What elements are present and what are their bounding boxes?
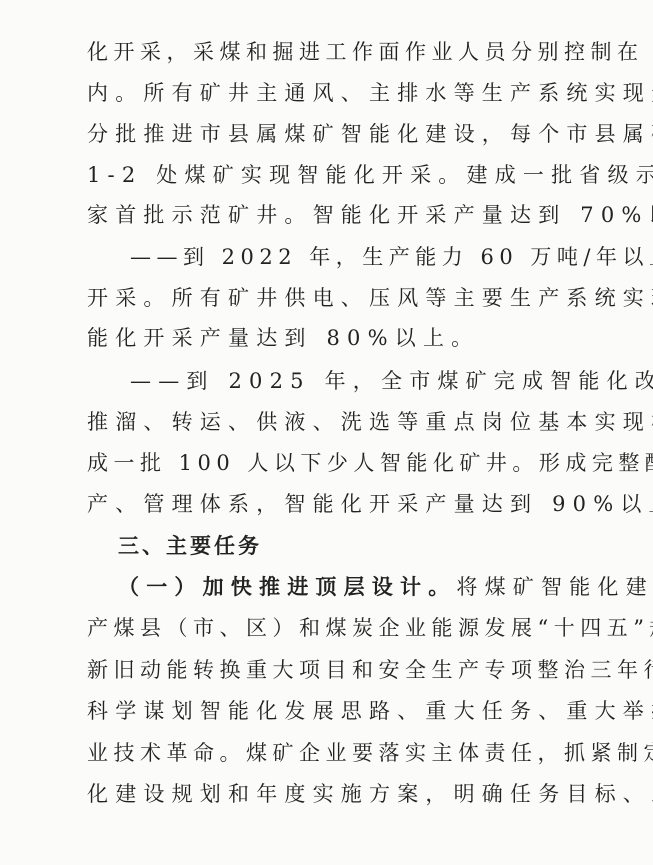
paragraph-line: 推溜、转运、供液、洗选等重点岗位基本实现机器人作业。建 bbox=[87, 408, 587, 436]
document-page: 化开采，采煤和掘进工作面作业人员分别控制在 16 人和 9 人以 内。所有矿井主… bbox=[0, 0, 653, 865]
paragraph-line: 业技术革命。煤矿企业要落实主体责任，抓紧制定 3-5 年智能 bbox=[87, 739, 587, 767]
section-heading: 三、主要任务 bbox=[118, 532, 575, 560]
paragraph-line: 能化开采产量达到 80%以上。 bbox=[87, 324, 587, 352]
paragraph-line: 产煤县（市、区）和煤炭企业能源发展“十四五”规划，作为 bbox=[87, 614, 587, 642]
paragraph-line: 科学谋划智能化发展思路、重大任务、重大举措，引领煤炭行 bbox=[87, 697, 587, 725]
paragraph-line: ——到 2022 年，生产能力 60 万吨/年以上煤矿实现智能化 bbox=[130, 243, 587, 271]
task1-title: （一）加快推进顶层设计。 bbox=[118, 575, 456, 599]
paragraph-line: 成一批 100 人以下少人智能化矿井。形成完整配套的智能化生 bbox=[87, 449, 587, 477]
paragraph-line: 化建设规划和年度实施方案，明确任务目标、工程项目和时间 bbox=[87, 780, 587, 808]
task1-first-line: （一）加快推进顶层设计。将煤矿智能化建设纳入全市及 bbox=[118, 573, 575, 601]
paragraph-line: 化开采，采煤和掘进工作面作业人员分别控制在 16 人和 9 人以 bbox=[87, 38, 587, 66]
paragraph-line: 1-2 处煤矿实现智能化开采。建成一批省级示范矿井，争创国 bbox=[87, 161, 587, 189]
paragraph-line: 家首批示范矿井。智能化开采产量达到 70%以上。 bbox=[87, 201, 587, 229]
paragraph-line: 分批推进市县属煤矿智能化建设，每个市县属矿业集团要有 bbox=[87, 120, 587, 148]
task1-text: 将煤矿智能化建设纳入全市及 bbox=[456, 575, 653, 599]
paragraph-line: 新旧动能转换重大项目和安全生产专项整治三年行动重点任务， bbox=[87, 656, 587, 684]
paragraph-line: ——到 2025 年，全市煤矿完成智能化改造。截割、移架、 bbox=[130, 367, 587, 395]
paragraph-line: 开采。所有矿井供电、压风等主要生产系统实现无人值守。智 bbox=[87, 284, 587, 312]
paragraph-line: 产、管理体系，智能化开采产量达到 90%以上。 bbox=[87, 490, 587, 518]
paragraph-line: 内。所有矿井主通风、主排水等生产系统实现无人值守。分类 bbox=[87, 79, 587, 107]
